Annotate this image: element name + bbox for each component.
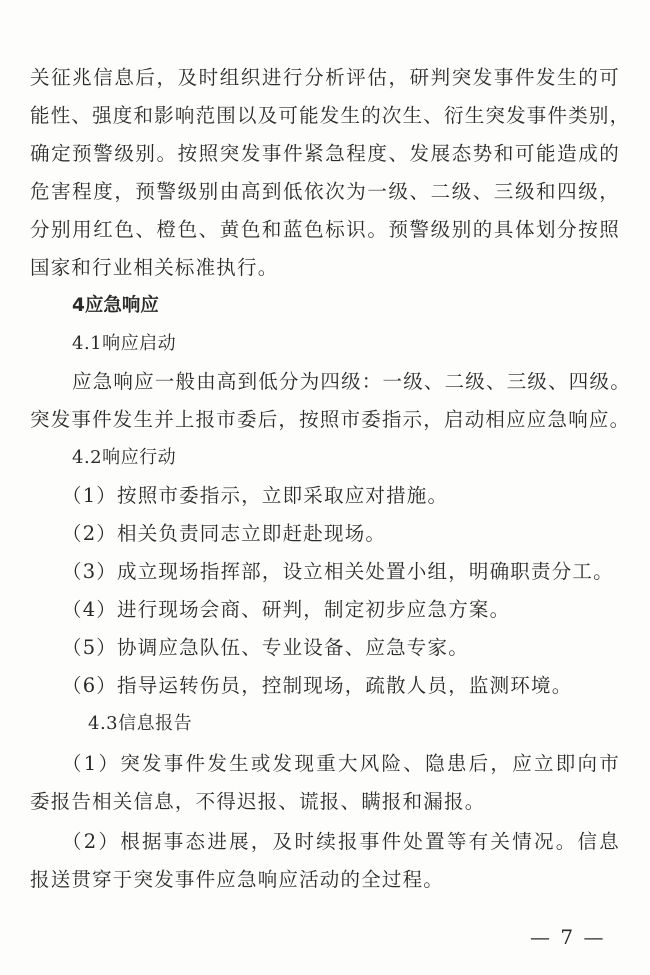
- paragraph-line: 报送贯穿于突发事件应急响应活动的全过程。: [30, 868, 620, 892]
- list-item: （1）按照市委指示，立即采取应对措施。: [62, 484, 650, 508]
- paragraph-line: 突发事件发生并上报市委后，按照市委指示，启动相应应急响应。: [30, 408, 620, 432]
- list-item: （3）成立现场指挥部，设立相关处置小组，明确职责分工。: [62, 560, 650, 584]
- paragraph-line: 委报告相关信息，不得迟报、谎报、瞒报和漏报。: [30, 790, 620, 814]
- paragraph-line: 分别用红色、橙色、黄色和蓝色标识。预警级别的具体划分按照: [30, 218, 620, 242]
- list-item: （5）协调应急队伍、专业设备、应急专家。: [62, 636, 650, 660]
- paragraph-line: 国家和行业相关标准执行。: [30, 256, 620, 280]
- section-heading-4: 4应急响应: [72, 294, 650, 318]
- section-heading-4-3: 4.3信息报告: [88, 712, 650, 736]
- section-heading-4-1: 4.1响应启动: [72, 332, 650, 356]
- paragraph-line: （2）根据事态进展，及时续报事件处置等有关情况。信息: [62, 830, 620, 854]
- paragraph-line: （1）突发事件发生或发现重大风险、隐患后，应立即向市: [62, 752, 620, 776]
- list-item: （4）进行现场会商、研判，制定初步应急方案。: [62, 598, 650, 622]
- paragraph-line: 确定预警级别。按照突发事件紧急程度、发展态势和可能造成的: [30, 142, 620, 166]
- paragraph-line: 危害程度，预警级别由高到低依次为一级、二级、三级和四级，: [30, 180, 620, 204]
- paragraph-line: 应急响应一般由高到低分为四级：一级、二级、三级、四级。: [72, 370, 620, 394]
- list-item: （2）相关负责同志立即赶赴现场。: [62, 522, 650, 546]
- page-number: — 7 —: [530, 925, 605, 949]
- paragraph-line: 关征兆信息后，及时组织进行分析评估，研判突发事件发生的可: [30, 66, 620, 90]
- section-heading-4-2: 4.2响应行动: [72, 446, 650, 470]
- list-item: （6）指导运转伤员，控制现场，疏散人员，监测环境。: [62, 674, 650, 698]
- paragraph-line: 能性、强度和影响范围以及可能发生的次生、衍生突发事件类别，: [30, 104, 620, 128]
